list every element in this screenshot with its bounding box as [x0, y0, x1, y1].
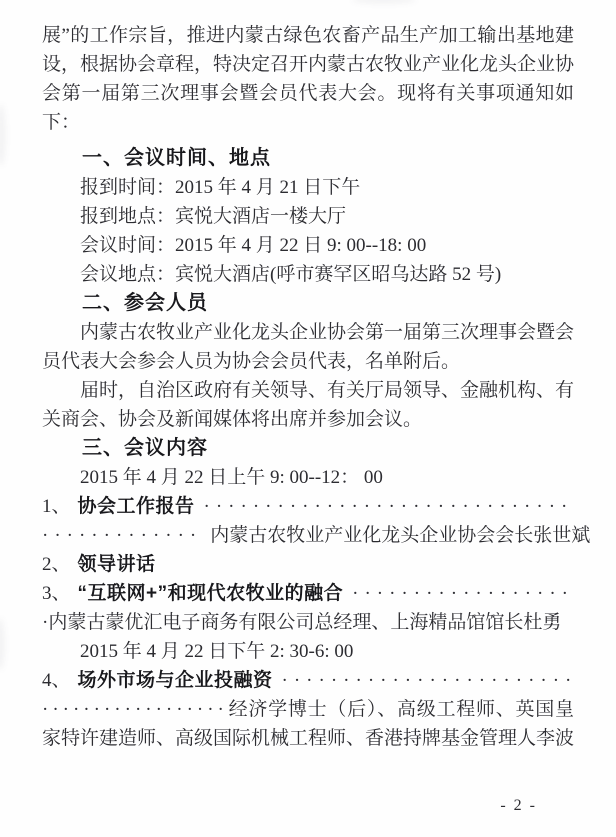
dot-leader: ········································…: [282, 666, 574, 695]
meeting-time-line: 会议时间：2015 年 4 月 22 日 9: 00--18: 00: [42, 231, 574, 260]
dot-leader: ·············: [42, 525, 202, 546]
registration-place-line: 报到地点：宾悦大酒店一楼大厅: [42, 202, 574, 231]
section1-heading: 一、会议时间、地点: [42, 144, 574, 173]
agenda-item-3: 3、 “互联网+”和现代农牧业的融合 ·····················…: [42, 579, 574, 608]
dot-leader: ··················: [42, 699, 228, 720]
agenda-item-4-title: 场外市场与企业投融资: [78, 666, 273, 695]
agenda-item-3-speaker: ·内蒙古蒙优汇电子商务有限公司总经理、上海精品馆馆长杜勇: [42, 608, 574, 637]
intro-paragraph: 展”的工作宗旨，推进内蒙古绿色农畜产品生产加工输出基地建设，根据协会章程，特决定…: [42, 21, 574, 137]
attendees-paragraph: 内蒙古农牧业产业化龙头企业协会第一届第三次理事会暨会员代表大会参会人员为协会会员…: [42, 318, 574, 376]
agenda-item-4-speaker: ··················经济学博士（后）、高级工程师、英国皇家特许建…: [42, 695, 574, 753]
page-number: - 2 -: [500, 797, 537, 815]
dot-leader: ········································…: [204, 492, 574, 521]
scan-artifact: [352, 0, 416, 4]
dot-leader: ········································…: [352, 579, 574, 608]
agenda-item-1-title: 协会工作报告: [78, 492, 195, 521]
document-page: 展”的工作宗旨，推进内蒙古绿色农畜产品生产加工输出基地建设，根据协会章程，特决定…: [0, 0, 616, 837]
agenda-item-4-number: 4、: [42, 666, 71, 695]
agenda-item-2-title: 领导讲话: [78, 550, 156, 579]
agenda-item-4: 4、 场外市场与企业投融资 ··························…: [42, 666, 574, 695]
speaker-name: 内蒙古农牧业产业化龙头企业协会会长张世斌: [210, 525, 590, 546]
meeting-place-line: 会议地点：宾悦大酒店(呼市赛罕区昭乌达路 52 号): [42, 260, 574, 289]
agenda-item-2-number: 2、: [42, 550, 71, 579]
agenda-item-3-number: 3、: [42, 579, 71, 608]
guests-paragraph: 届时，自治区政府有关领导、有关厅局领导、金融机构、有关商会、协会及新闻媒体将出席…: [42, 376, 574, 434]
agenda-item-1: 1、 协会工作报告 ······························…: [42, 492, 574, 521]
agenda-item-1-speaker: ·············内蒙古农牧业产业化龙头企业协会会长张世斌: [42, 521, 574, 550]
afternoon-schedule-line: 2015 年 4 月 22 日下午 2: 30-6: 00: [42, 637, 574, 666]
registration-time-line: 报到时间：2015 年 4 月 21 日下午: [42, 173, 574, 202]
morning-schedule-line: 2015 年 4 月 22 日上午 9: 00--12： 00: [42, 463, 574, 492]
scan-artifact: [0, 104, 6, 166]
agenda-item-1-number: 1、: [42, 492, 71, 521]
agenda-item-3-title: “互联网+”和现代农牧业的融合: [78, 579, 344, 608]
agenda-item-2: 2、 领导讲话: [42, 550, 574, 579]
section2-heading: 二、参会人员: [42, 289, 574, 318]
section3-heading: 三、会议内容: [42, 434, 574, 463]
scan-artifact: [0, 618, 5, 670]
